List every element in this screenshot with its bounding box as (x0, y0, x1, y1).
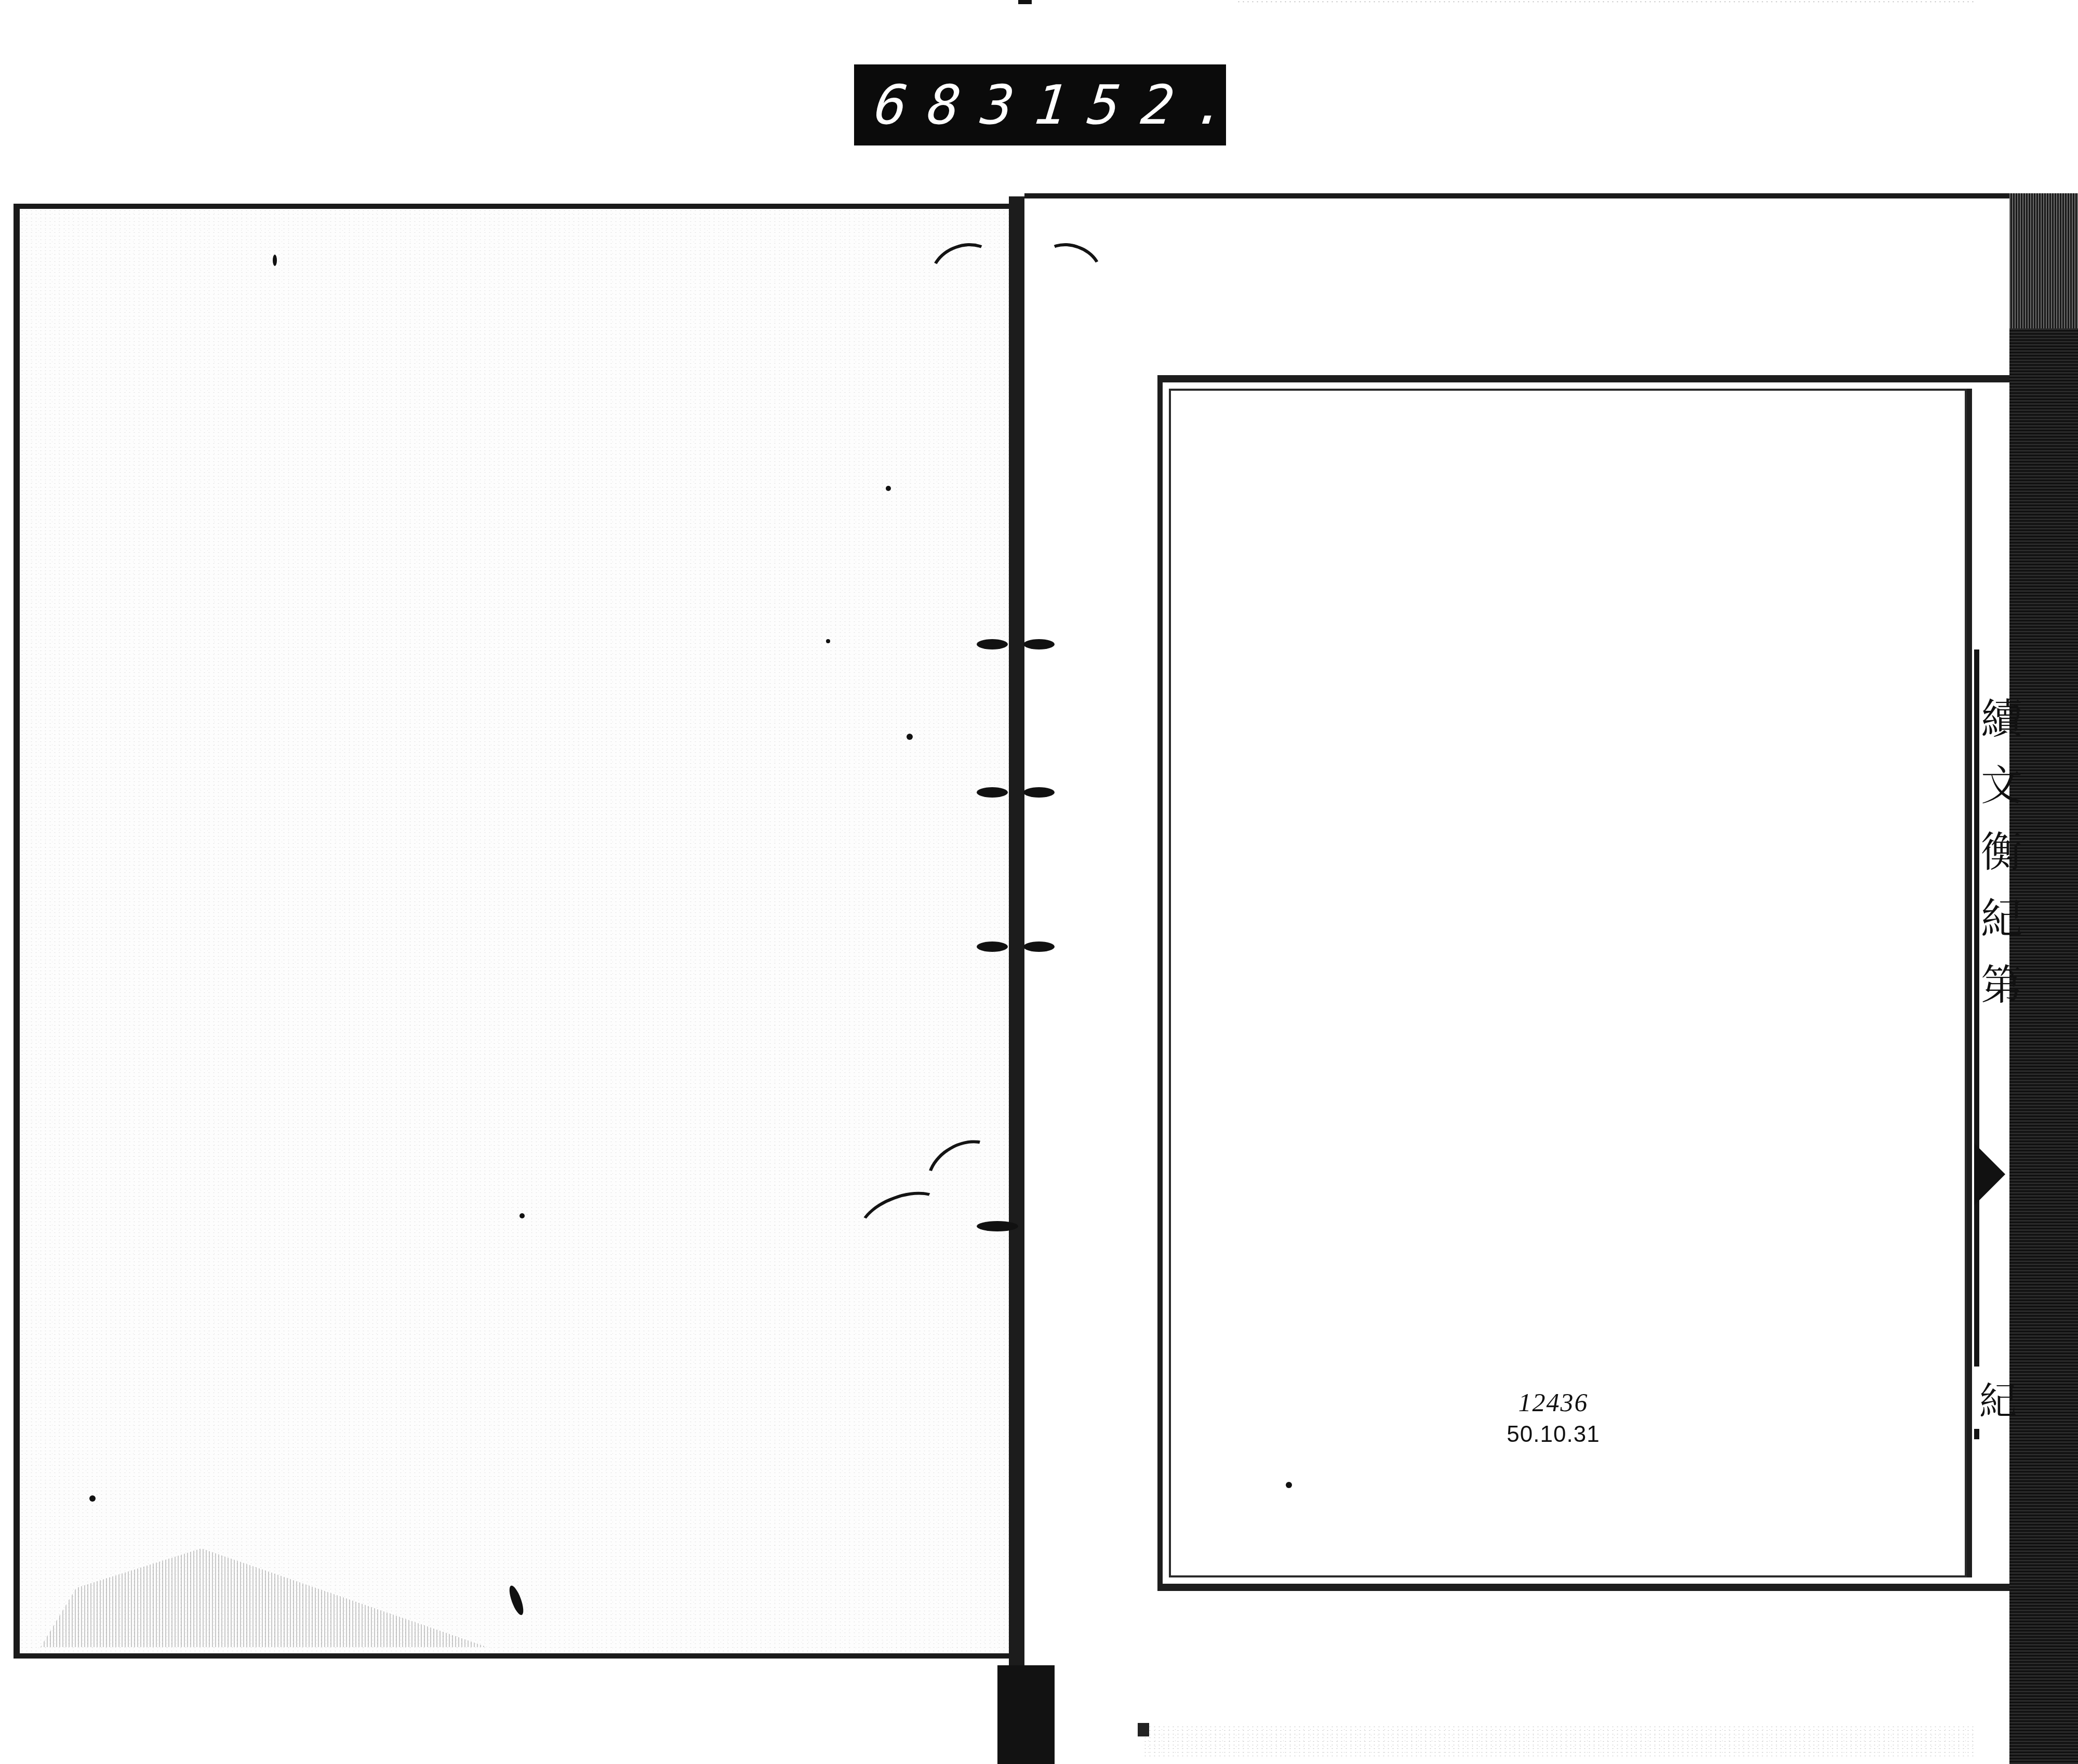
title-char: 衡 (1981, 819, 2022, 885)
frame-counter-right: 152. (1031, 73, 1251, 137)
binding-stitch (977, 787, 1008, 798)
title-char: 續 (1981, 686, 2022, 752)
accession-number: 12436 (1486, 1387, 1621, 1417)
back-cover-page (14, 204, 1009, 1659)
ink-speck (519, 1213, 525, 1218)
title-char: 文 (1981, 752, 2022, 819)
paper-texture (20, 209, 1009, 1653)
title-slip-lower: 紀 (1974, 1367, 2009, 1429)
binding-stitch (1023, 941, 1055, 952)
spine-bottom-shadow (997, 1665, 1055, 1764)
binding-stitch (1023, 639, 1055, 649)
title-char: 第 (1981, 952, 2022, 1018)
binding-stitch (1023, 787, 1055, 798)
title-char: 紀 (1981, 885, 2022, 952)
title-slip: 續 文 衡 紀 第 (1974, 649, 2009, 1439)
title-char-lower: 紀 (1979, 1371, 2017, 1425)
book-spine (1009, 196, 1024, 1764)
binding-stitch (977, 1221, 1018, 1231)
frame-counter-left: 683 (872, 73, 1038, 137)
ink-speck (1286, 1482, 1292, 1488)
film-edge-mark (1018, 0, 1032, 4)
frame-counter: 683 152. (854, 64, 1226, 145)
stamp-date: 50.10.31 (1486, 1422, 1621, 1448)
ink-speck (273, 255, 277, 266)
film-edge-mark (1138, 1723, 1149, 1736)
binding-stitch (977, 941, 1008, 952)
scan-noise-top (1236, 0, 1974, 4)
ink-speck (907, 734, 913, 740)
ink-speck (89, 1495, 96, 1502)
label-frame-edge (1967, 389, 1972, 1577)
ink-speck (826, 639, 830, 643)
scan-noise-bottom (1143, 1725, 1974, 1756)
library-stamp: 12436 50.10.31 (1486, 1387, 1621, 1448)
slip-notch (1974, 1143, 2005, 1205)
ink-speck (886, 486, 891, 491)
binding-stitch (977, 639, 1008, 649)
